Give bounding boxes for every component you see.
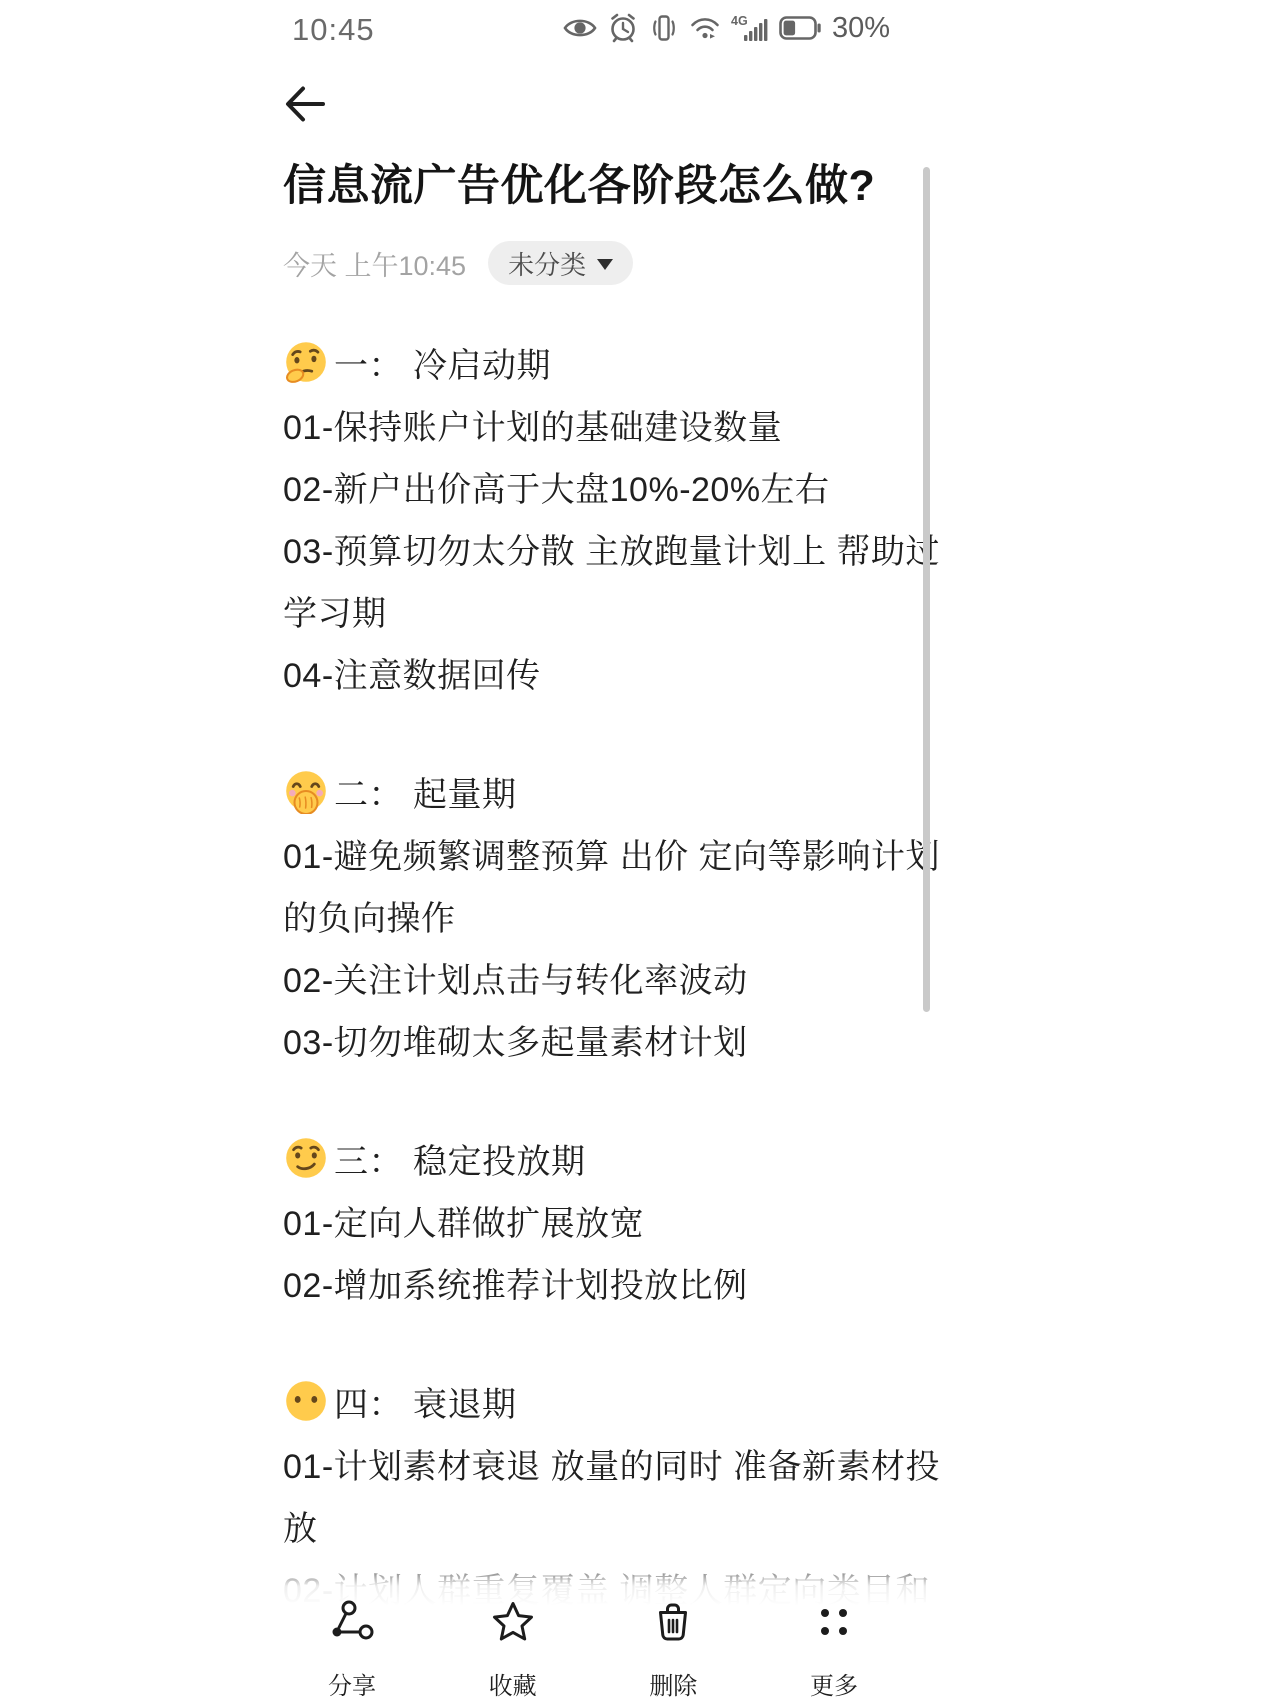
- note-line: 03-切勿堆砌太多起量素材计划: [283, 1008, 943, 1070]
- line-text: 01-计划素材衰退 放量的同时 准备新素材投: [283, 1439, 940, 1488]
- more-dots-icon: [810, 1598, 858, 1646]
- battery-percent: 30%: [832, 12, 890, 45]
- line-text: 02-增加系统推荐计划投放比例: [283, 1258, 748, 1307]
- battery-icon: [779, 16, 821, 40]
- note-line: 学习期: [283, 579, 943, 641]
- line-text: 03-预算切勿太分散 主放跑量计划上 帮助过: [283, 524, 940, 573]
- note-line: 01-避免频繁调整预算 出价 定向等影响计划: [283, 822, 943, 884]
- line-text: 01-保持账户计划的基础建设数量: [283, 400, 782, 449]
- note-title[interactable]: 信息流广告优化各阶段怎么做?: [283, 160, 943, 212]
- note-line: 02-增加系统推荐计划投放比例: [283, 1251, 943, 1313]
- delete-label: 删除: [649, 1666, 697, 1701]
- blank-line: [283, 703, 943, 760]
- note-body[interactable]: 一： 冷启动期 01-保持账户计划的基础建设数量 02-新户出价高于大盘10%-…: [283, 331, 943, 1618]
- note-line: 02-关注计划点击与转化率波动: [283, 946, 943, 1008]
- note-line-section-3: 三： 稳定投放期: [283, 1127, 943, 1189]
- bottom-toolbar: 分享 收藏 删除: [0, 1556, 1280, 1706]
- line-text: 03-切勿堆砌太多起量素材计划: [283, 1015, 748, 1064]
- line-text: 04-注意数据回传: [283, 648, 541, 697]
- line-text: 二： 起量期: [334, 767, 516, 816]
- line-text: 放: [283, 1501, 318, 1550]
- signal-4g-icon: 4G: [730, 13, 770, 43]
- status-bar-icons: 4G 30%: [562, 10, 890, 46]
- notes-app-screen: 10:45: [0, 0, 1280, 1706]
- line-text: 四： 衰退期: [334, 1377, 516, 1426]
- note-line: 02-新户出价高于大盘10%-20%左右: [283, 455, 943, 517]
- blank-line: [283, 1070, 943, 1127]
- line-text: 02-新户出价高于大盘10%-20%左右: [283, 462, 830, 511]
- share-icon: [328, 1598, 376, 1646]
- category-label: 未分类: [508, 245, 586, 282]
- note-line: 01-保持账户计划的基础建设数量: [283, 393, 943, 455]
- thinking-face-emoji: [283, 339, 329, 385]
- more-button[interactable]: 更多: [769, 1598, 899, 1701]
- note-line: 01-定向人群做扩展放宽: [283, 1189, 943, 1251]
- blank-line: [283, 1313, 943, 1370]
- alarm-icon: [607, 12, 639, 44]
- category-pill[interactable]: 未分类: [488, 241, 633, 285]
- delete-button[interactable]: 删除: [608, 1598, 738, 1701]
- favorite-label: 收藏: [489, 1666, 537, 1701]
- note-line: 04-注意数据回传: [283, 641, 943, 703]
- smirking-face-emoji: [283, 1135, 329, 1181]
- note-line: 01-计划素材衰退 放量的同时 准备新素材投: [283, 1432, 943, 1494]
- back-arrow-icon: [279, 117, 331, 134]
- line-text: 01-定向人群做扩展放宽: [283, 1196, 644, 1245]
- back-button[interactable]: [279, 78, 331, 130]
- face-without-mouth-emoji: [283, 1378, 329, 1424]
- line-text: 一： 冷启动期: [334, 338, 551, 387]
- share-label: 分享: [328, 1666, 376, 1701]
- note-line-section-2: 二： 起量期: [283, 760, 943, 822]
- trash-icon: [649, 1598, 697, 1646]
- line-text: 01-避免频繁调整预算 出价 定向等影响计划: [283, 829, 940, 878]
- note-line-section-1: 一： 冷启动期: [283, 331, 943, 393]
- eye-comfort-icon: [562, 15, 598, 41]
- note-meta: 今天 上午10:45 未分类: [283, 240, 633, 286]
- line-text: 的负向操作: [283, 891, 456, 940]
- note-line-section-4: 四： 衰退期: [283, 1370, 943, 1432]
- more-label: 更多: [810, 1666, 858, 1701]
- status-time: 10:45: [292, 12, 375, 48]
- line-text: 三： 稳定投放期: [334, 1134, 585, 1183]
- favorite-button[interactable]: 收藏: [448, 1598, 578, 1701]
- line-text: 学习期: [283, 586, 387, 635]
- note-date: 今天 上午10:45: [283, 244, 466, 283]
- line-text: 02-关注计划点击与转化率波动: [283, 953, 748, 1002]
- svg-text:4G: 4G: [731, 14, 748, 28]
- hand-over-mouth-face-emoji: [283, 768, 329, 814]
- star-icon: [489, 1598, 537, 1646]
- note-line: 的负向操作: [283, 884, 943, 946]
- wifi-icon: [689, 14, 721, 42]
- vibrate-icon: [648, 12, 680, 44]
- note-line: 放: [283, 1494, 943, 1556]
- scrollbar-thumb[interactable]: [923, 167, 930, 1012]
- chevron-down-icon: [597, 259, 613, 270]
- share-button[interactable]: 分享: [287, 1598, 417, 1701]
- note-line: 03-预算切勿太分散 主放跑量计划上 帮助过: [283, 517, 943, 579]
